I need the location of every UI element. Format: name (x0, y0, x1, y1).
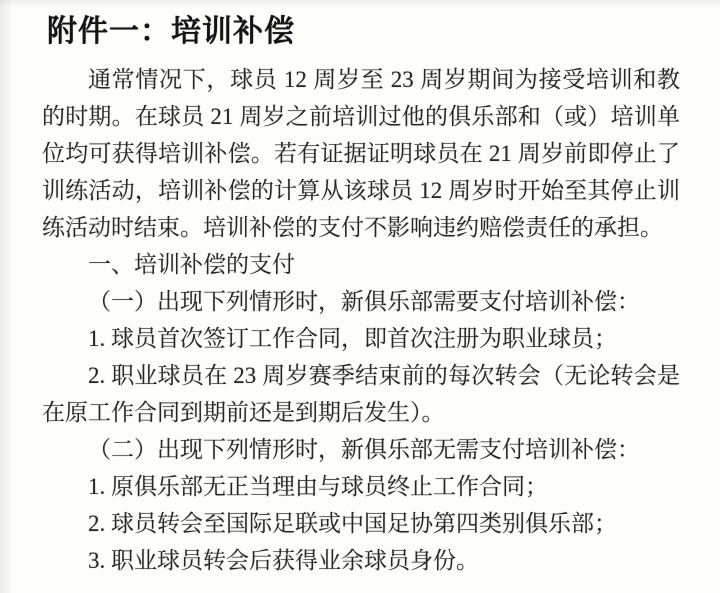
text-line: 通常情况下，球员 12 周岁至 23 周岁期间为接受培训和教育 (42, 61, 680, 98)
text-line: 训练活动，培训补偿的计算从该球员 12 周岁时开始至其停止训 (42, 172, 680, 209)
text-line: 2. 职业球员在 23 周岁赛季结束前的每次转会（无论转会是 (42, 357, 680, 394)
text-line: 的时期。在球员 21 周岁之前培训过他的俱乐部和（或）培训单 (42, 98, 680, 135)
text-line: 1. 原俱乐部无正当理由与球员终止工作合同； (42, 468, 680, 505)
text-line: 位均可获得培训补偿。若有证据证明球员在 21 周岁前即停止了 (42, 135, 680, 172)
document-body: 通常情况下，球员 12 周岁至 23 周岁期间为接受培训和教育的时期。在球员 2… (42, 61, 680, 579)
text-line: 练活动时结束。培训补偿的支付不影响违约赔偿责任的承担。 (42, 209, 680, 246)
document-page: 附件一：培训补偿 通常情况下，球员 12 周岁至 23 周岁期间为接受培训和教育… (0, 0, 720, 593)
document-title: 附件一：培训补偿 (47, 12, 680, 52)
text-line: 一、培训补偿的支付 (42, 246, 680, 283)
text-line: 在原工作合同到期前还是到期后发生）。 (42, 394, 680, 431)
text-line: 2. 球员转会至国际足联或中国足协第四类别俱乐部； (42, 505, 680, 542)
text-line: 1. 球员首次签订工作合同，即首次注册为职业球员； (42, 320, 680, 357)
document-content: 附件一：培训补偿 通常情况下，球员 12 周岁至 23 周岁期间为接受培训和教育… (0, 0, 720, 579)
text-line: 3. 职业球员转会后获得业余球员身份。 (42, 542, 680, 579)
text-line: （二）出现下列情形时，新俱乐部无需支付培训补偿： (42, 431, 680, 468)
text-line: （一）出现下列情形时，新俱乐部需要支付培训补偿： (42, 283, 680, 320)
